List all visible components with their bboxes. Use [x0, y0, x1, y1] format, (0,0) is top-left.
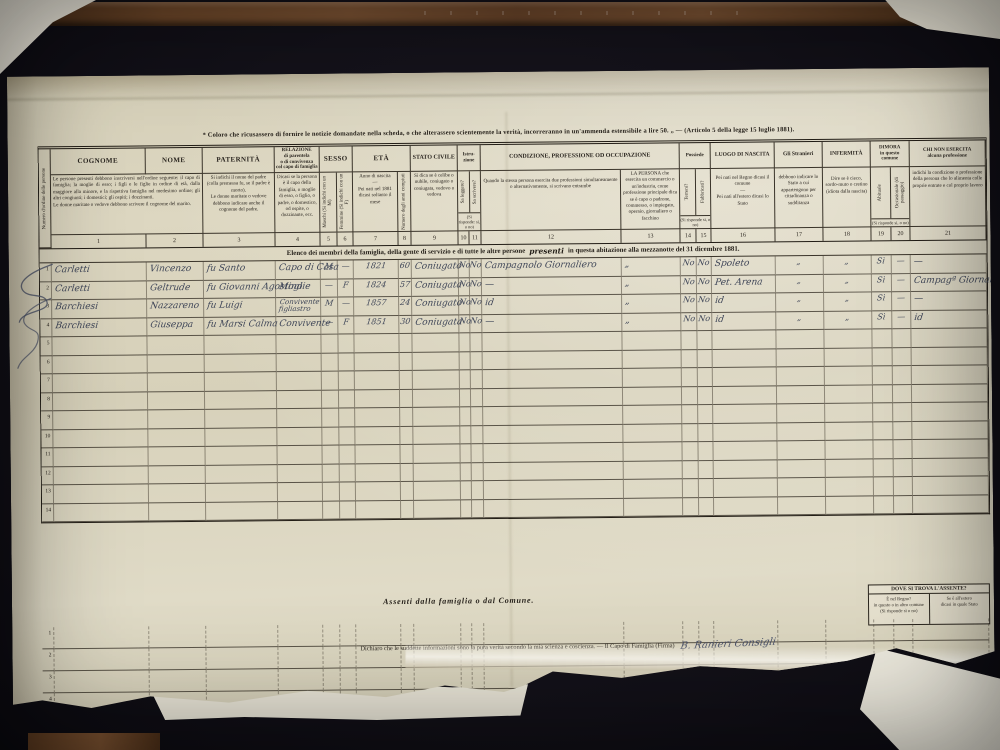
row-cell [340, 646, 356, 668]
row-cell [321, 335, 338, 354]
row-cell [400, 408, 413, 427]
row-cell [824, 329, 872, 348]
row-cell [414, 463, 461, 482]
row-cell [893, 440, 912, 459]
row-cell [471, 426, 483, 445]
row-number: 3 [43, 671, 55, 693]
desc-sesso: Maschi (Si indichi con un M) Femmine (Si… [320, 172, 354, 232]
row-number: 13 [42, 485, 54, 504]
row-cell [472, 481, 484, 500]
desc-dimora: Abituale Occasionale (di passaggio) (Si … [871, 167, 911, 227]
row-cell: — [482, 276, 622, 296]
col-number: 13 [621, 229, 680, 243]
row-cell [912, 384, 988, 403]
row-cell [893, 366, 912, 385]
desc-stranieri: debbono indicare lo Stato a cui apparten… [775, 168, 824, 228]
row-cell [873, 366, 893, 385]
row-number: 2 [42, 649, 54, 671]
row-cell [872, 329, 892, 348]
row-cell [682, 442, 698, 461]
row-cell [825, 385, 873, 404]
row-cell: Coniugata [412, 278, 459, 297]
row-cell: Sì [872, 311, 892, 330]
row-cell: No [681, 276, 697, 295]
label-occasionale: Occasionale (di passaggio) [890, 167, 909, 218]
row-cell [624, 498, 683, 517]
row-cell [471, 370, 483, 389]
row-cell [777, 385, 825, 404]
col-header-nome: NOME [146, 148, 203, 175]
row-cell [624, 461, 683, 480]
col-header-luogo-nascita: LUOGO DI NASCITA [711, 142, 775, 169]
row-cell: „ [622, 276, 681, 295]
row-cell [401, 463, 414, 482]
desc-condizione-13: LA PERSONA che esercita un commercio o u… [621, 169, 681, 230]
row-cell [149, 484, 206, 503]
row-cell [54, 626, 149, 649]
row-cell [777, 404, 825, 423]
row-cell [206, 647, 278, 670]
row-cell [147, 336, 204, 355]
row-cell: No [470, 296, 482, 315]
row-cell: 1824 [354, 278, 399, 297]
label-sa-leggere: Sa leggere? [458, 171, 469, 212]
row-cell [340, 501, 356, 520]
desc-anno-nascita: Anno di nascita — Pei nati nel 1881 dica… [353, 172, 399, 232]
row-cell [778, 478, 826, 497]
elenco-prefix: Elenco dei membri della famiglia, della … [287, 248, 526, 257]
label-abituale: Abituale [871, 167, 890, 218]
row-cell [779, 686, 827, 708]
row-cell: 1821 [354, 260, 399, 279]
label-maschi: Maschi (Si indichi con un M) [320, 173, 336, 232]
row-cell: Coniugato [412, 259, 459, 278]
row-cell: No [697, 257, 712, 276]
row-cell [399, 334, 412, 353]
paper-scrap-bottom-right [860, 648, 1000, 750]
row-cell [204, 335, 276, 354]
row-cell [700, 687, 715, 709]
photographed-census-scene: * Coloro che ricusassero di fornire le n… [0, 0, 1000, 750]
row-cell [912, 439, 988, 458]
desc-cognome-nome: Le persone presenti debbono inscriversi … [51, 174, 204, 235]
col-header-ordinal: Numero d'ordine delle persone [39, 149, 52, 248]
row-cell [356, 482, 401, 501]
row-cell [413, 426, 460, 445]
row-cell: Barchiesi [52, 318, 147, 337]
row-cell [149, 626, 206, 649]
row-cell [825, 366, 873, 385]
desc-istruzione: Sa leggere? Sa scrivere? (Si risponde: s… [458, 171, 482, 231]
row-cell: Pet. Arena [712, 275, 776, 294]
row-cell [712, 330, 776, 349]
row-cell [912, 347, 988, 366]
row-cell [400, 445, 413, 464]
col-number: 21 [910, 226, 986, 240]
row-cell [149, 648, 206, 671]
row-cell [623, 387, 682, 406]
row-cell [322, 446, 339, 465]
row-cell [53, 373, 148, 392]
row-cell [682, 368, 698, 387]
row-cell [698, 442, 713, 461]
row-cell [55, 670, 150, 693]
row-cell [683, 498, 699, 517]
row-cell [713, 423, 777, 442]
row-number: 12 [42, 467, 54, 486]
row-cell [54, 503, 149, 522]
row-cell [893, 422, 912, 441]
row-cell: — [892, 274, 911, 293]
row-cell [54, 466, 149, 485]
row-cell [323, 501, 340, 520]
row-cell: „ [622, 294, 681, 313]
row-cell [912, 365, 988, 384]
row-cell [483, 406, 623, 426]
row-cell [413, 370, 460, 389]
desc-condizione-12: Quando la stessa persona esercita due pr… [481, 170, 622, 231]
row-cell: Giuseppa [147, 317, 204, 336]
row-cell [698, 368, 713, 387]
row-cell [913, 495, 989, 514]
row-cell [462, 667, 473, 689]
row-cell: Geltrude [147, 280, 204, 299]
row-cell: id [911, 310, 987, 329]
row-cell [277, 409, 322, 428]
row-cell [893, 348, 912, 367]
row-cell: Barchiesi [52, 299, 147, 318]
col-number: 9 [411, 231, 458, 244]
row-cell: Sì [872, 255, 892, 274]
col-number: 6 [337, 232, 353, 245]
desc-paternita: Si indichi il nome del padre (colla prem… [203, 173, 276, 234]
row-cell [339, 371, 355, 390]
row-cell: Moglie [276, 279, 321, 298]
row-cell [484, 480, 624, 500]
row-cell: — [911, 254, 987, 273]
row-cell [322, 372, 339, 391]
row-cell [825, 440, 873, 459]
row-cell [278, 625, 323, 647]
row-cell [825, 348, 873, 367]
row-cell [681, 331, 697, 350]
row-cell [355, 389, 400, 408]
row-cell [207, 669, 279, 692]
row-cell: „ [622, 313, 681, 332]
row-cell [483, 350, 623, 370]
col-number: 2 [146, 234, 203, 248]
row-cell [205, 372, 277, 391]
row-cell [277, 372, 322, 391]
row-cell: fu Giovanni Agostino [204, 280, 276, 299]
col-header-stranieri: Gli Stranieri [775, 142, 823, 168]
row-cell [54, 484, 149, 503]
row-cell [826, 459, 874, 478]
row-cell [483, 443, 623, 463]
row-cell [461, 500, 472, 519]
label-sa-scrivere: Sa scrivere? [469, 171, 480, 212]
row-cell [322, 353, 339, 372]
row-cell [323, 483, 340, 502]
row-cell [340, 624, 356, 646]
row-cell [413, 352, 460, 371]
row-cell [414, 500, 461, 519]
row-cell: — [321, 279, 338, 298]
row-cell [777, 348, 825, 367]
row-cell [874, 459, 894, 478]
row-cell: Campagª Giornaliera [911, 273, 987, 292]
row-cell [697, 331, 712, 350]
row-cell [715, 686, 779, 709]
census-sheet-1881: * Coloro che ricusassero di fornire le n… [7, 67, 995, 721]
row-cell: Carletti [52, 262, 147, 281]
row-cell [894, 477, 913, 496]
row-cell [355, 408, 400, 427]
row-cell [470, 333, 482, 352]
row-cell: 1857 [354, 297, 399, 316]
row-cell [205, 446, 277, 465]
row-cell [873, 422, 893, 441]
row-cell: Sì [872, 274, 892, 293]
row-cell [53, 392, 148, 411]
row-cell: 24 [399, 297, 412, 316]
row-cell: — [338, 297, 354, 316]
row-cell [623, 350, 682, 369]
row-cell: Coniugato [412, 296, 459, 315]
row-cell [892, 329, 911, 348]
row-cell: Convivente [276, 316, 321, 335]
row-cell: No [681, 313, 697, 332]
row-cell [355, 426, 400, 445]
row-cell [623, 368, 682, 387]
row-cell: „ [622, 257, 681, 276]
row-cell: Nazzareno [147, 299, 204, 318]
row-cell [150, 670, 207, 693]
row-cell [825, 422, 873, 441]
row-cell [684, 665, 700, 687]
col-number: 10 [458, 231, 469, 244]
row-cell [324, 669, 341, 691]
col-header-dimora: DIMORA in questo comune [871, 141, 910, 167]
row-number: 1 [42, 627, 54, 649]
col-number: 3 [203, 233, 275, 247]
row-cell [53, 447, 148, 466]
row-cell [53, 410, 148, 429]
row-cell: — [892, 311, 911, 330]
row-cell [684, 687, 700, 709]
row-cell [53, 429, 148, 448]
row-cell [699, 460, 714, 479]
row-cell [826, 477, 874, 496]
row-cell [54, 648, 149, 671]
row-cell: Capo di Casa [276, 261, 321, 280]
row-cell [713, 441, 777, 460]
person-rows: 1CarlettiVincenzofu SantoCapo di CasaM—1… [40, 254, 989, 522]
row-cell: No [681, 294, 697, 313]
row-cell: „ [776, 311, 824, 330]
row-cell [278, 647, 323, 669]
row-cell [713, 367, 777, 386]
row-cell: id [712, 312, 776, 331]
row-cell [149, 465, 206, 484]
row-cell [698, 386, 713, 405]
row-cell [682, 424, 698, 443]
row-cell [339, 445, 355, 464]
row-cell [206, 502, 278, 521]
row-cell [699, 497, 714, 516]
row-cell: No [697, 294, 712, 313]
row-cell [682, 405, 698, 424]
row-cell: fu Marsi Calma [204, 317, 276, 336]
row-cell: No [697, 275, 712, 294]
row-cell: No [681, 257, 697, 276]
row-cell: F [338, 279, 354, 298]
row-cell [912, 421, 988, 440]
col-header-cognome: COGNOME [51, 148, 146, 175]
col-header-eta: ETÀ [353, 146, 411, 173]
row-cell [323, 625, 340, 647]
table-header: Numero d'ordine delle persone COGNOME NO… [39, 140, 987, 249]
row-cell [276, 335, 321, 354]
row-cell [873, 440, 893, 459]
row-number: 9 [41, 411, 53, 430]
row-cell: — [892, 292, 911, 311]
row-cell [893, 385, 912, 404]
row-cell [148, 410, 205, 429]
census-table: Numero d'ordine delle persone COGNOME NO… [38, 137, 991, 523]
row-cell: Campagnolo Giornaliero [482, 258, 622, 278]
elenco-suffix: in questa abitazione alla mezzanotte del… [568, 246, 740, 255]
row-cell [355, 352, 400, 371]
col-number: 4 [275, 233, 320, 246]
row-cell [713, 404, 777, 423]
col-header-possiede: Possiede [680, 143, 711, 169]
row-cell: — [911, 291, 987, 310]
col-header-infermita: INFERMITÀ [823, 141, 871, 167]
col-number: 18 [823, 227, 871, 240]
row-cell: „ [824, 292, 872, 311]
col-number: 20 [891, 227, 910, 240]
row-cell [340, 482, 356, 501]
row-cell [341, 668, 357, 690]
row-cell: „ [824, 274, 872, 293]
row-cell [623, 424, 682, 443]
row-cell [483, 387, 623, 407]
row-cell [472, 500, 484, 519]
row-cell [400, 426, 413, 445]
row-cell [913, 458, 989, 477]
row-cell [714, 497, 778, 516]
row-cell [322, 427, 339, 446]
row-cell [460, 444, 471, 463]
row-cell [622, 331, 681, 350]
row-cell [205, 354, 277, 373]
row-cell [776, 330, 824, 349]
row-cell [322, 390, 339, 409]
row-cell [148, 391, 205, 410]
col-number: 15 [696, 229, 711, 242]
row-cell [698, 405, 713, 424]
row-cell [913, 476, 989, 495]
label-fabbricati: Fabbricati? [695, 169, 710, 215]
row-cell [323, 647, 340, 669]
row-cell [713, 349, 777, 368]
row-cell [401, 482, 414, 501]
row-cell [911, 328, 987, 347]
paper-crease [7, 89, 989, 100]
row-cell: Spoleto [712, 256, 776, 275]
row-cell [471, 352, 483, 371]
desc-stato-civile: Si dica se è celibe o nubile, coniugato … [411, 171, 459, 231]
row-cell [471, 389, 483, 408]
row-cell [339, 390, 355, 409]
row-cell [400, 371, 413, 390]
row-cell [277, 353, 322, 372]
col-header-condizione: CONDIZIONE, PROFESSIONE OD OCCUPAZIONE [481, 143, 680, 171]
row-cell: id [482, 295, 622, 315]
col-number: 1 [51, 234, 146, 248]
col-header-istruzione: Istru- zione [458, 145, 481, 171]
col-header-sesso: SESSO [320, 146, 353, 172]
row-cell [400, 389, 413, 408]
row-number: 8 [41, 393, 53, 412]
row-cell: 1851 [354, 315, 399, 334]
col-number: 14 [680, 229, 696, 242]
row-cell [205, 428, 277, 447]
row-cell [413, 444, 460, 463]
row-cell [699, 479, 714, 498]
row-cell [483, 369, 623, 389]
row-cell: fu Luigi [204, 298, 276, 317]
row-cell [148, 373, 205, 392]
row-cell [354, 334, 399, 353]
row-cell: fu Santo [204, 261, 276, 280]
col-number: 19 [871, 227, 891, 240]
row-cell [414, 481, 461, 500]
label-terreni: Terreni? [680, 169, 695, 215]
row-cell [277, 446, 322, 465]
row-cell [356, 500, 401, 519]
row-number: 11 [41, 448, 53, 467]
desc-possiede: Terreni? Fabbricati? (Si risponde sì, o … [680, 169, 712, 229]
row-cell [461, 463, 472, 482]
row-cell: 60 [399, 260, 412, 279]
row-cell [683, 479, 699, 498]
row-cell [205, 391, 277, 410]
col-header-chi-non-esercita: CHI NON ESERCITA alcuna professione [910, 140, 986, 167]
row-cell [460, 426, 471, 445]
col-header-paternita: PATERNITÀ [203, 147, 275, 174]
row-cell [460, 389, 471, 408]
row-cell [53, 355, 148, 374]
row-cell [278, 483, 323, 502]
row-cell [357, 668, 402, 690]
row-cell [460, 370, 471, 389]
row-cell: „ [776, 274, 824, 293]
row-cell [714, 478, 778, 497]
row-cell [206, 483, 278, 502]
row-cell [894, 459, 913, 478]
col-header-stato-civile: STATO CIVILE [411, 145, 458, 171]
row-cell: id [712, 293, 776, 312]
row-cell [400, 352, 413, 371]
row-cell [682, 387, 698, 406]
row-cell [460, 352, 471, 371]
row-cell [484, 498, 624, 518]
row-cell [339, 408, 355, 427]
dimora-note: (Si risponde sì, o no) [871, 218, 909, 226]
row-cell [483, 424, 623, 444]
